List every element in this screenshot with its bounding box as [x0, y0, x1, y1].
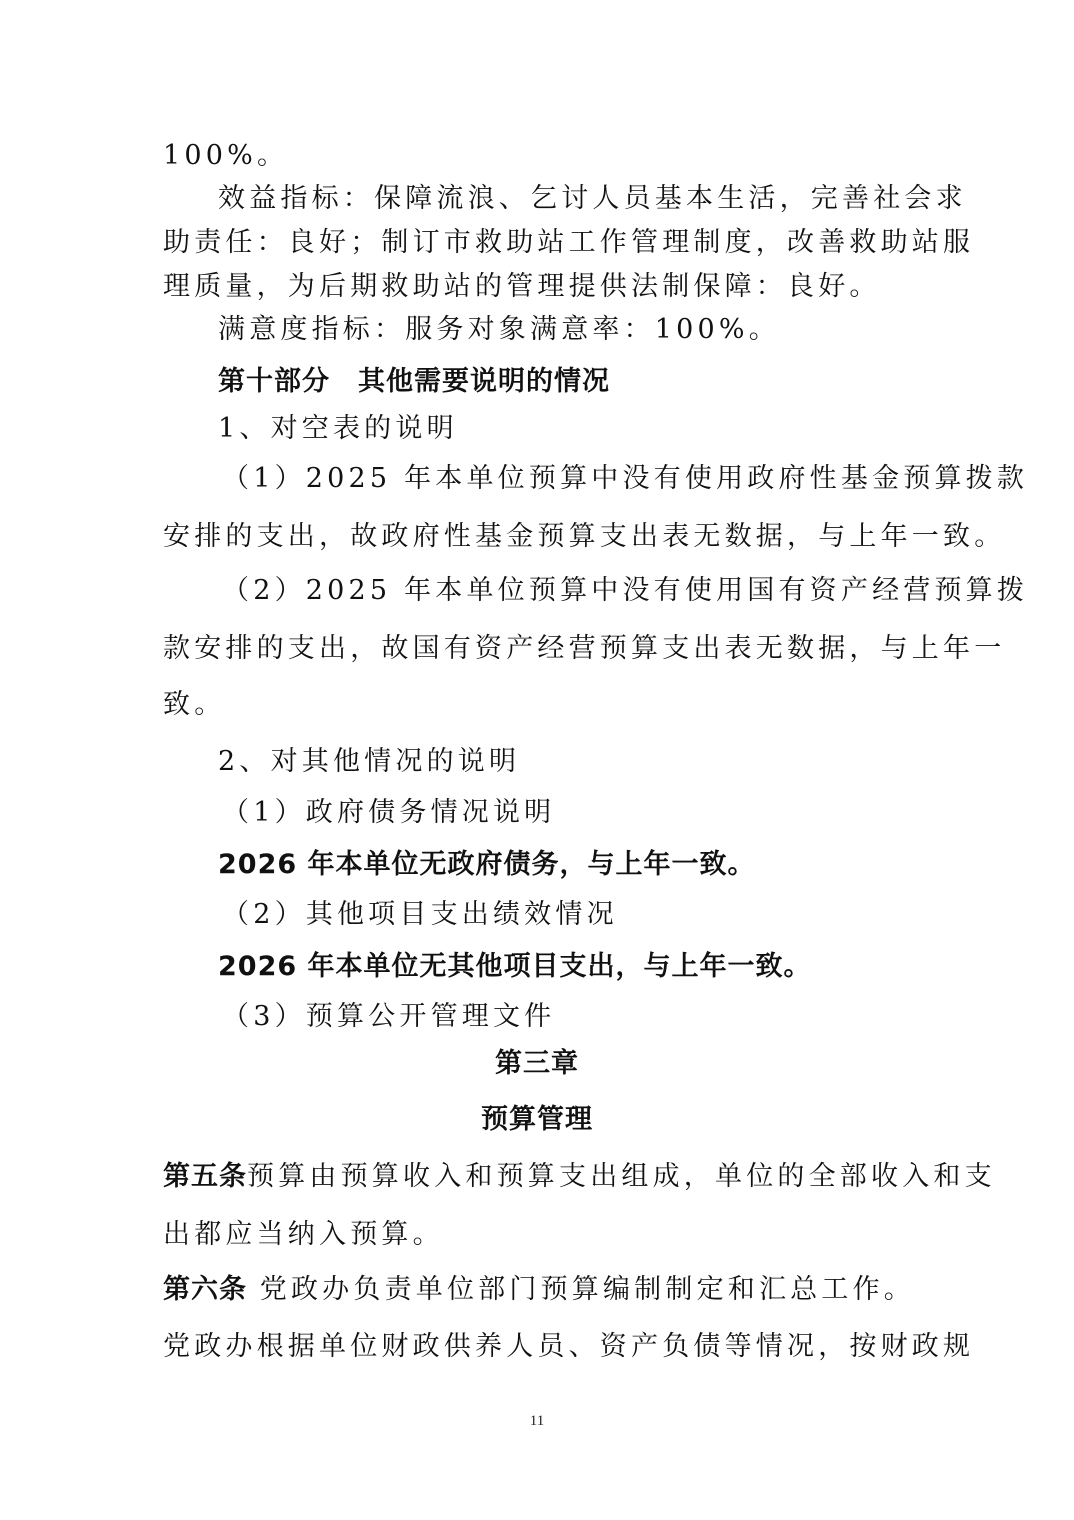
article-label: 第六条: [163, 1274, 247, 1305]
item-title: 1、对空表的说明: [218, 412, 458, 446]
paragraph-line: 安排的支出，故政府性基金预算支出表无数据，与上年一致。: [163, 520, 1005, 554]
sub-item-title: （1）政府债务情况说明: [222, 796, 555, 830]
sub-item-title: （2）其他项目支出绩效情况: [222, 898, 618, 932]
sub-item-body: 2026 年本单位无政府债务，与上年一致。: [218, 848, 756, 882]
article-text: 预算由预算收入和预算支出组成，单位的全部收入和支: [247, 1161, 996, 1192]
article-text: 党政办负责单位部门预算编制制定和汇总工作。: [247, 1274, 915, 1305]
paragraph-line: 款安排的支出，故国有资产经营预算支出表无数据，与上年一: [163, 632, 1005, 666]
item-title: 2、对其他情况的说明: [218, 745, 520, 779]
chapter-subtitle: 预算管理: [0, 1103, 1074, 1137]
paragraph-line: 满意度指标：服务对象满意率：100%。: [218, 313, 780, 347]
paragraph-line: 效益指标：保障流浪、乞讨人员基本生活，完善社会求: [218, 182, 967, 216]
paragraph-line: （2）2025 年本单位预算中没有使用国有资产经营预算拨: [222, 574, 1028, 608]
paragraph-line: 助责任：良好；制订市救助站工作管理制度，改善救助站服: [163, 226, 974, 260]
paragraph-line: 出都应当纳入预算。: [163, 1218, 444, 1252]
page-number: 11: [0, 1413, 1074, 1430]
paragraph-line: 100%。: [163, 139, 288, 173]
paragraph-line: 理质量，为后期救助站的管理提供法制保障：良好。: [163, 270, 881, 304]
article-6-line: 第六条 党政办负责单位部门预算编制制定和汇总工作。: [163, 1273, 915, 1307]
sub-item-title: （3）预算公开管理文件: [222, 1000, 555, 1034]
section-heading: 第十部分 其他需要说明的情况: [218, 365, 610, 399]
paragraph-line: （1）2025 年本单位预算中没有使用政府性基金预算拨款: [222, 462, 1028, 496]
chapter-title: 第三章: [0, 1047, 1074, 1081]
paragraph-line: 致。: [163, 688, 225, 722]
sub-item-body: 2026 年本单位无其他项目支出，与上年一致。: [218, 950, 812, 984]
article-label: 第五条: [163, 1161, 247, 1192]
paragraph-line: 党政办根据单位财政供养人员、资产负债等情况，按财政规: [163, 1330, 974, 1364]
article-5-line: 第五条预算由预算收入和预算支出组成，单位的全部收入和支: [163, 1160, 996, 1194]
